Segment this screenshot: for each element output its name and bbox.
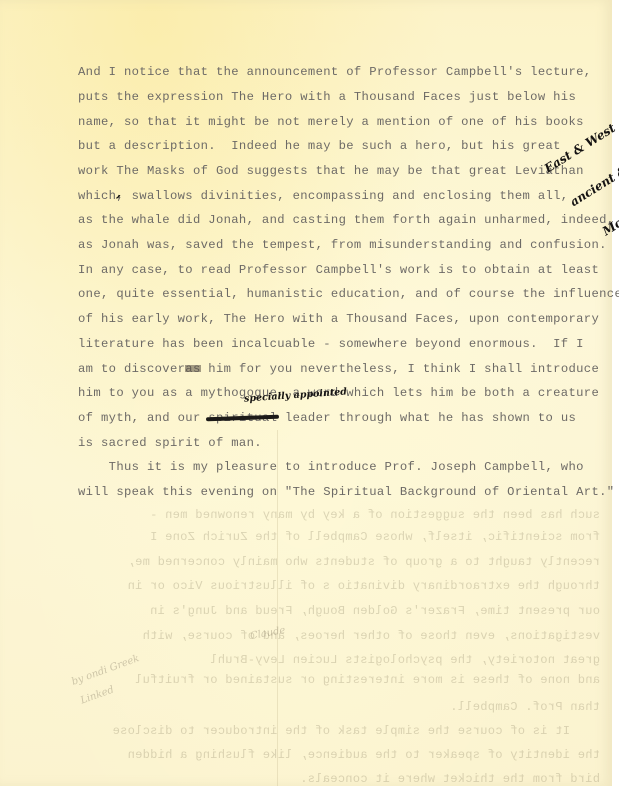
typed-line: name, so that it might be not merely a m… <box>78 115 584 129</box>
bleed-line: recently taught to a group of students w… <box>127 555 600 569</box>
typed-line: of his early work, The Hero with a Thous… <box>78 312 599 326</box>
bleed-line: our present time, Frazer's Golden Bough,… <box>150 604 600 618</box>
typed-text: leader through what he has shown to us <box>277 411 576 425</box>
typed-line: which, swallows divinities, encompassing… <box>78 189 568 203</box>
bleed-line: from scientific, itself, whose Campbell … <box>150 530 600 544</box>
bleed-line: and none of these is more interesting or… <box>135 673 600 687</box>
struck-out-word: spiritual <box>208 411 277 425</box>
typed-line-with-strikeout: of myth, and our spiritual leader throug… <box>78 411 576 425</box>
document-page: such has been the suggestion of a key by… <box>0 0 612 786</box>
typed-line: literature has been incalcuable - somewh… <box>78 337 584 351</box>
bleed-handwriting: Linked <box>79 684 115 706</box>
typed-line: puts the expression The Hero with a Thou… <box>78 90 576 104</box>
note-line: East & West <box>542 121 618 176</box>
bleed-line: bird from the thicket where it conceals. <box>300 772 600 786</box>
typed-line: Thus it is my pleasure to introduce Prof… <box>78 460 584 474</box>
typed-line: as Jonah was, saved the tempest, from mi… <box>78 238 607 252</box>
note-line: ancient & <box>567 157 619 210</box>
note-line: Modern <box>600 192 619 238</box>
typed-line: but a description. Indeed he may be such… <box>78 139 561 153</box>
overtyped-correction: as <box>185 362 200 376</box>
typed-line: is sacred spirit of man. <box>78 436 262 450</box>
bleed-line: It is of course the simple task of the i… <box>112 724 600 738</box>
typed-line: one, quite essential, humanistic educati… <box>78 287 619 301</box>
bleed-line: vestigations, even those of other heroes… <box>142 629 600 643</box>
bleed-line: great notoriety, the psychologists Lucie… <box>210 653 600 667</box>
bleed-line: through the extraordinary divinatio s of… <box>127 579 600 593</box>
typed-text: of myth, and our <box>78 411 208 425</box>
typed-text: him for you nevertheless, I think I shal… <box>201 362 600 376</box>
bleed-line: such has been the suggestion of a key by… <box>150 508 600 522</box>
bleed-line: the identity of speaker to the audience,… <box>127 748 600 762</box>
bleed-line: than Prof. Campbell. <box>450 700 600 714</box>
bleed-handwriting: by ondi Greek <box>70 653 141 688</box>
typed-line: will speak this evening on "The Spiritua… <box>78 485 614 499</box>
typed-text: am to discover <box>78 362 185 376</box>
typed-line-with-overtype: am to discoveras him for you nevertheles… <box>78 362 599 376</box>
typed-line: as the whale did Jonah, and casting them… <box>78 213 614 227</box>
typed-line: In any case, to read Professor Campbell'… <box>78 263 599 277</box>
typed-line: work The Masks of God suggests that he m… <box>78 164 584 178</box>
typed-line: And I notice that the announcement of Pr… <box>78 65 591 79</box>
